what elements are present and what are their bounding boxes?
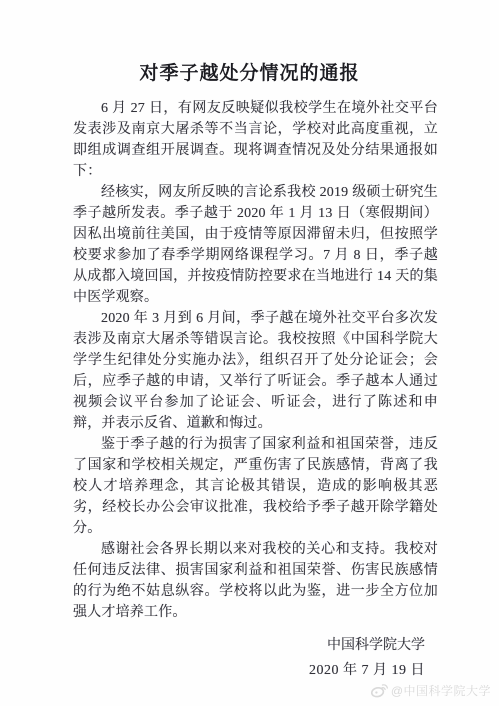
document-title: 对季子越处分情况的通报 bbox=[0, 0, 499, 85]
signature-block: 中国科学院大学 2020 年 7 月 19 日 bbox=[0, 633, 425, 683]
paragraph-verification: 经核实，网友所反映的言论系我校 2019 级硕士研究生季子越所发表。季子越于 2… bbox=[73, 182, 438, 308]
signature-organization: 中国科学院大学 bbox=[0, 633, 425, 658]
paragraph-hearing-process: 2020 年 3 月到 6 月间，季子越在境外社交平台多次发表涉及南京大屠杀等错… bbox=[73, 308, 438, 434]
signature-date: 2020 年 7 月 19 日 bbox=[0, 658, 425, 683]
notice-document-page: 对季子越处分情况的通报 6 月 27 日，有网友反映疑似我校学生在境外社交平台发… bbox=[0, 0, 499, 706]
weibo-icon bbox=[371, 683, 388, 698]
document-body: 6 月 27 日，有网友反映疑似我校学生在境外社交平台发表涉及南京大屠杀等不当言… bbox=[73, 98, 438, 623]
paragraph-closing-thanks: 感谢社会各界长期以来对我校的关心和支持。我校对任何违反法律、损害国家利益和祖国荣… bbox=[73, 539, 438, 623]
watermark: @中国科学院大学 bbox=[371, 682, 491, 699]
paragraph-punishment-decision: 鉴于季子越的行为损害了国家利益和祖国荣誉，违反了国家和学校相关规定，严重伤害了民… bbox=[73, 434, 438, 539]
watermark-text: @中国科学院大学 bbox=[391, 682, 491, 699]
paragraph-investigation-start: 6 月 27 日，有网友反映疑似我校学生在境外社交平台发表涉及南京大屠杀等不当言… bbox=[73, 98, 438, 182]
